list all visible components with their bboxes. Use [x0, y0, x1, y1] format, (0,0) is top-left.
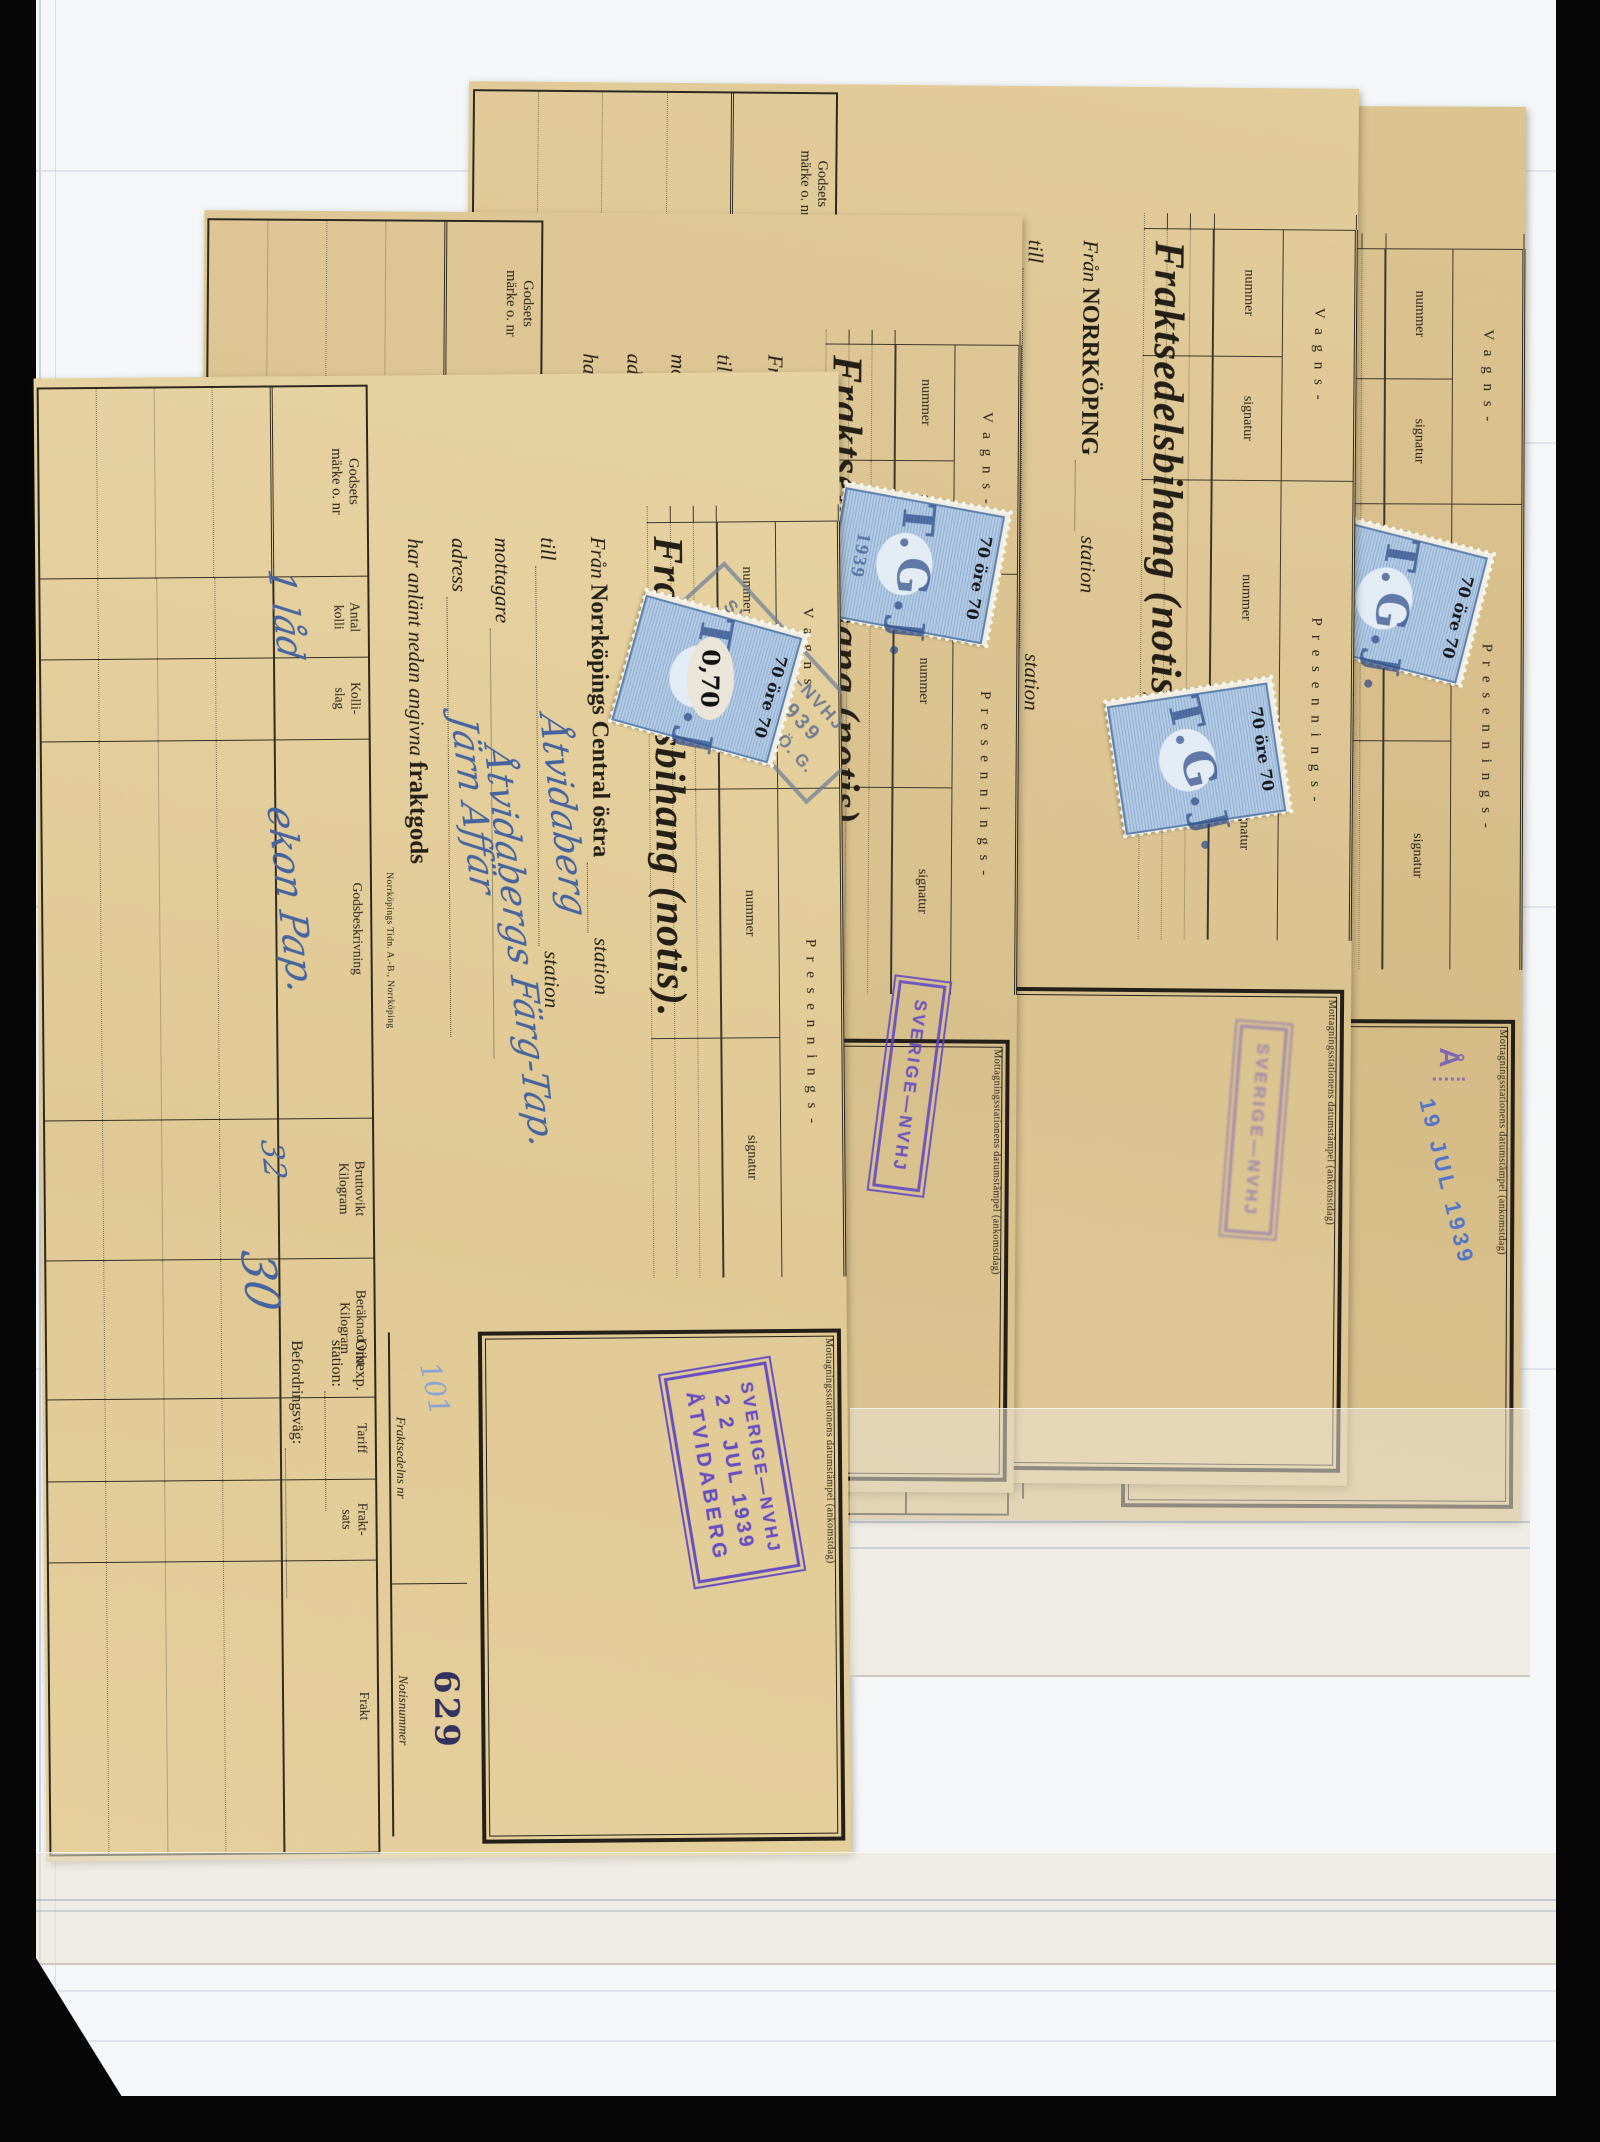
notisnummer-cell: 629 Notisnummer	[390, 1583, 469, 1836]
presennings-signatur-header: signatur	[1383, 741, 1451, 970]
mini-row-cell	[693, 506, 717, 523]
presennings-group-header: P r e s e n n i n g s -	[778, 788, 845, 1277]
to-label: till	[1024, 240, 1048, 264]
column-beraknad-vikt: Beräknad viktKilogram	[46, 1259, 374, 1401]
arrived-goods-text: har anlänt nedan angivna	[403, 538, 429, 756]
freight-note-a: V a g n s - P r e s e n n i n g s - numm…	[34, 372, 852, 1862]
vagns-nummer-header: nummer	[1385, 249, 1452, 378]
column-godsbeskrivning: Godsbeskrivning	[42, 739, 372, 1122]
to-dotted-line	[1019, 268, 1037, 648]
handwriting-gross-weight: 32	[252, 1138, 292, 1181]
vagns-signatur-header: signatur	[1212, 356, 1282, 480]
purple-stamp-line1: SVERIGE—NVHJ	[1238, 1043, 1275, 1218]
column-antal-kolli: Antalkolli	[41, 577, 369, 661]
arrival-datestamp-box: Mottagningsstationens datumstämpel (anko…	[478, 1328, 845, 1843]
stamp-railway-cancel-letters: T.G.J.	[1358, 534, 1429, 667]
vagns-signatur-header: signatur	[1385, 378, 1452, 504]
from-label: Från	[1079, 240, 1103, 282]
stamp-cancel-year	[1121, 706, 1140, 831]
notis-number: 629	[425, 1584, 467, 1836]
fraktsedelns-nr-label: Fraktsedelns nr	[392, 1332, 410, 1584]
column-header: Frakt	[281, 1560, 379, 1852]
mini-row-cell	[867, 788, 892, 994]
form-title: Fraktsedelsbihang (notis).	[1141, 241, 1193, 722]
mini-row-cell	[652, 1038, 677, 1278]
presennings-nummer-header: nummer	[719, 788, 780, 1037]
vagns-group-header: V a g n s -	[1452, 250, 1524, 505]
glassine-mounting-strip	[850, 1408, 1530, 1677]
mini-row-cell	[849, 330, 872, 344]
column-header: Godsetsmärke o. nr	[269, 387, 367, 577]
mini-row-cell	[695, 789, 721, 1038]
column-godsets-marke: Godsetsmärke o. nr	[209, 220, 542, 386]
notisnummer-label: Notisnummer	[394, 1584, 412, 1836]
from-station-suffix: station	[589, 938, 613, 995]
column-fraktsats: Frakt-sats	[48, 1479, 376, 1563]
column-header: Tariff	[279, 1398, 375, 1479]
address-label: adress	[447, 538, 471, 592]
mini-row-cell	[1191, 213, 1215, 229]
waybill-number-row: 101 Fraktsedelns nr 629 Notisnummer	[388, 1331, 469, 1836]
column-godsets-marke: Godsetsmärke o. nr	[39, 387, 367, 580]
column-kolli-slag: Kolli-slag	[41, 658, 369, 742]
presennings-signatur-header: signatur	[721, 1037, 782, 1277]
fraktgods-word: fraktgods	[404, 761, 432, 864]
column-header: Beräknad viktKilogram	[278, 1259, 374, 1398]
mini-row-cell	[1361, 378, 1385, 503]
mini-row-cell	[675, 1038, 700, 1278]
railway-stamp-engraving: 70 öre 70 T.G.J. 1939	[822, 487, 1005, 644]
mini-row-cell	[670, 506, 693, 523]
railway-stamp-engraving: 70 öre 70 T.G.J.	[1107, 682, 1286, 835]
purple-partial-letter: Å	[1433, 1047, 1465, 1080]
stamp-railway-cancel-letters: T.G.J.	[882, 501, 945, 631]
column-header: Godsetsmärke o. nr	[443, 221, 542, 385]
mini-row-cell	[871, 344, 895, 461]
mini-row-cell	[647, 506, 670, 523]
blue-date-stamp: Å 19 JUL 1939	[1432, 1047, 1465, 1267]
stamp-cancel-year: 1939	[837, 492, 881, 620]
mini-table-blank-cell	[1214, 213, 1356, 230]
mini-row-cell	[1190, 229, 1215, 357]
from-line: Från NORRKÖPING station	[1074, 240, 1104, 593]
mini-row-cell	[826, 329, 849, 343]
fraktsedelns-nr-cell: 101 Fraktsedelns nr	[388, 1331, 467, 1583]
mini-row-cell	[1362, 249, 1386, 378]
to-line: till station	[1019, 240, 1048, 711]
waybill-number-handwriting: 101	[413, 1359, 457, 1418]
from-station-name: NORRKÖPING	[1076, 287, 1103, 455]
goods-table: Godsetsmärke o. nr Antalkolli Kolli-slag…	[37, 385, 381, 1857]
from-label: Från	[586, 537, 610, 579]
mini-table-blank-cell	[1386, 234, 1524, 250]
mini-row-cell	[698, 1038, 724, 1278]
mini-row-cell	[1168, 213, 1191, 229]
presennings-group-header: P r e s e n n i n g s -	[1277, 480, 1354, 941]
mini-table-blank-cell	[716, 505, 838, 522]
column-header: BruttoviktKilogram	[277, 1119, 373, 1258]
from-dotted-line	[1075, 461, 1091, 531]
from-station-suffix: station	[1076, 536, 1100, 593]
handwriting-calculated-weight: 30	[229, 1248, 291, 1313]
stamp-cancel-year	[626, 601, 660, 722]
railway-stamp-70-ore: 70 öre 70 T.G.J.	[1105, 677, 1291, 836]
mini-row-cell	[1145, 213, 1168, 229]
mini-row-cell	[1359, 741, 1383, 970]
arrival-datestamp-box-inner-border	[485, 1335, 838, 1836]
vagns-group-header: V a g n s -	[1281, 229, 1357, 481]
printer-credit: Norrköpings Tidn. A.-B., Norrköping	[384, 872, 395, 1028]
vagns-nummer-header: nummer	[1213, 229, 1283, 357]
consignee-label: mottagare	[490, 537, 515, 623]
stamp-railway-cancel-letters: T.G.J.	[1157, 691, 1236, 825]
freight-form: V a g n s - P r e s e n n i n g s - numm…	[34, 372, 852, 1862]
mini-row-cell	[1362, 234, 1386, 250]
mini-row-cell	[1189, 356, 1214, 480]
page-texture-band	[36, 2040, 1556, 2042]
vagns-nummer-header: nummer	[894, 344, 955, 461]
to-station-suffix: station	[1020, 653, 1044, 710]
scanned-album-page: V a g n s - P r e s e n n i n g s - numm…	[0, 0, 1600, 2142]
from-line: Från Norrköpings Central östra station	[584, 537, 615, 995]
column-frakt: Frakt	[49, 1560, 378, 1854]
column-header: Frakt-sats	[280, 1479, 376, 1560]
column-header: Kolli-slag	[273, 658, 369, 739]
page-texture-band	[36, 1990, 1556, 1992]
column-tariff: Tariff	[48, 1398, 376, 1482]
mini-table-blank-cell	[895, 330, 1020, 345]
presennings-signatur-header: signatur	[891, 788, 953, 995]
stamp-value-overprint: 70 öre 70	[1243, 685, 1280, 812]
column-bruttovikt: BruttoviktKilogram	[45, 1119, 373, 1261]
to-label: till	[536, 537, 560, 561]
arrived-goods-line: har anlänt nedan angivna fraktgods	[401, 538, 432, 864]
mini-row-cell	[872, 330, 896, 344]
glassine-mounting-strip	[36, 1852, 1556, 1965]
